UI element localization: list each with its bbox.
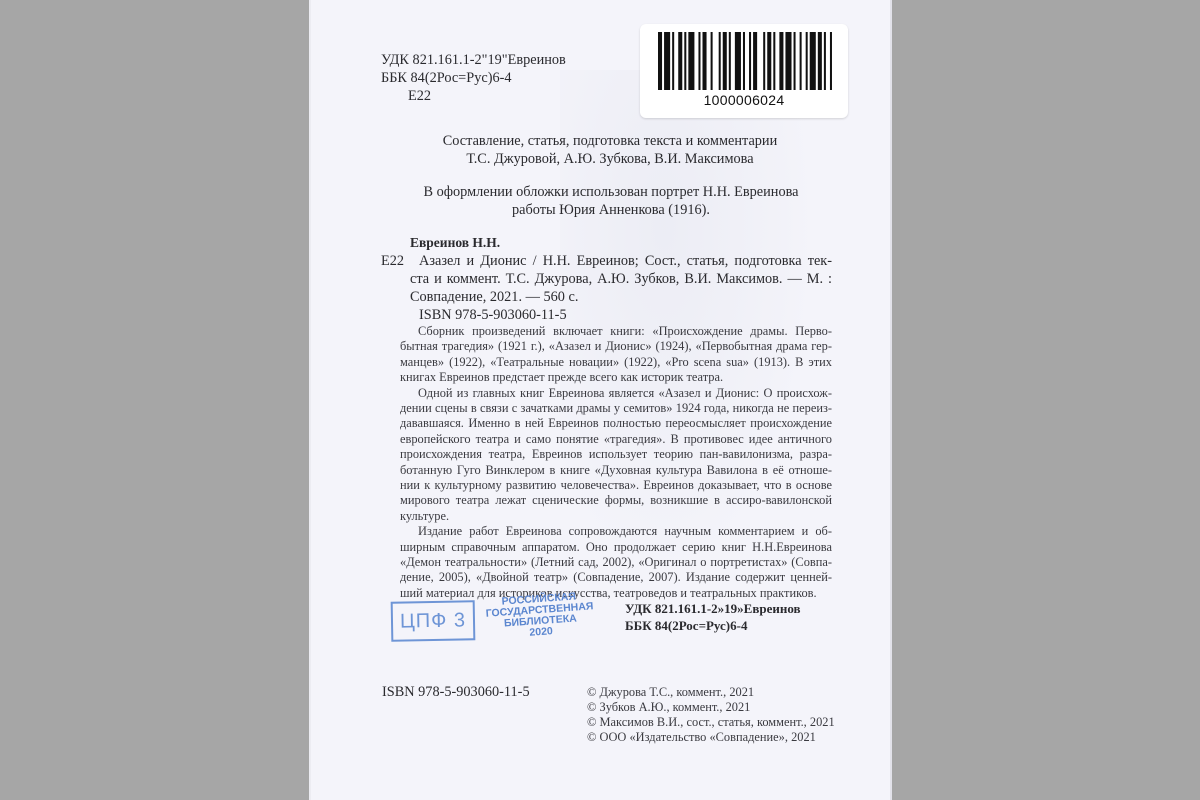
cover-note-line-1: В оформлении обложки использован портрет… xyxy=(396,184,826,200)
book-page xyxy=(309,0,892,800)
author-mark: Е22 xyxy=(408,88,431,104)
catalog-isbn: ISBN 978-5-903060-11-5 xyxy=(419,307,567,323)
catalog-line-3: Совпадение, 2021. — 560 с. xyxy=(410,289,578,305)
barcode-sticker: 1000006024 xyxy=(640,24,848,118)
footer-isbn: ISBN 978-5-903060-11-5 xyxy=(382,684,530,700)
annotation-line: нии к культурному развитию человечества»… xyxy=(400,478,832,492)
copyright-line: © Максимов В.И., сост., статья, коммент.… xyxy=(587,715,835,729)
bbk-code: ББК 84(2Рос=Рус)6-4 xyxy=(381,70,512,86)
credits-line-1: Составление, статья, подготовка текста и… xyxy=(400,133,820,149)
barcode-number: 1000006024 xyxy=(640,92,848,108)
cover-note-line-2: работы Юрия Анненкова (1916). xyxy=(396,202,826,218)
footer-bbk-code: ББК 84(2Рос=Рус)6-4 xyxy=(625,618,747,634)
stamp-library: РОССИЙСКАЯ ГОСУДАРСТВЕННАЯ БИБЛИОТЕКА 20… xyxy=(479,590,602,642)
stamp-cpf: ЦПФ 3 xyxy=(391,600,476,641)
annotation-line: бытная трагедия» (1921 г.), «Азазел и Ди… xyxy=(400,339,832,353)
barcode-icon xyxy=(658,32,834,90)
annotation-line: культуре. xyxy=(400,509,449,523)
annotation-line: Одной из главных книг Евреинова является… xyxy=(418,386,832,400)
footer-udk-code: УДК 821.161.1-2»19»Евреинов xyxy=(625,601,801,617)
credits-line-2: Т.С. Джуровой, А.Ю. Зубкова, В.И. Максим… xyxy=(400,151,820,167)
catalog-line-2: ста и коммент. Т.С. Джурова, А.Ю. Зубков… xyxy=(410,271,832,287)
copyright-line: © Зубков А.Ю., коммент., 2021 xyxy=(587,700,750,714)
copyright-line: © ООО «Издательство «Совпадение», 2021 xyxy=(587,730,816,744)
copyright-line: © Джурова Т.С., коммент., 2021 xyxy=(587,685,754,699)
annotation-line: ширным справочным аппаратом. Оно продолж… xyxy=(400,540,832,554)
catalog-mark: Е22 xyxy=(381,253,404,269)
annotation-line: Издание работ Евреинова сопровождаются н… xyxy=(418,524,832,538)
udk-code: УДК 821.161.1-2"19"Евреинов xyxy=(381,52,566,68)
annotation-line: «Демон театральности» (Летний сад, 2002)… xyxy=(400,555,832,569)
annotation-line: дение, 2005), «Двойной театр» (Совпадени… xyxy=(400,570,832,584)
annotation-line: Сборник произведений включает книги: «Пр… xyxy=(418,324,832,338)
annotation-line: европейского театра и само понятие «траг… xyxy=(400,432,832,446)
annotation-line: книгах Евреинов предстает прежде всего к… xyxy=(400,370,723,384)
annotation-line: манцев» (1922), «Театральные новации» (1… xyxy=(400,355,832,369)
annotation-line: происхождения театра, Евреинов используе… xyxy=(400,447,832,461)
annotation-line: дававшаяся. Именно в ней Евреинов полнос… xyxy=(400,416,832,430)
catalog-author: Евреинов Н.Н. xyxy=(410,235,500,251)
annotation-line: ший материал для историков искусства, те… xyxy=(400,586,817,600)
annotation-line: ботанную Гуго Винклером в книге «Духовна… xyxy=(400,463,832,477)
annotation-line: мирового театра лежат сценические формы,… xyxy=(400,493,832,507)
catalog-line-1: Азазел и Дионис / Н.Н. Евреинов; Сост., … xyxy=(419,253,832,269)
annotation-line: дении сцены в связи с зачатками драмы у … xyxy=(400,401,832,415)
